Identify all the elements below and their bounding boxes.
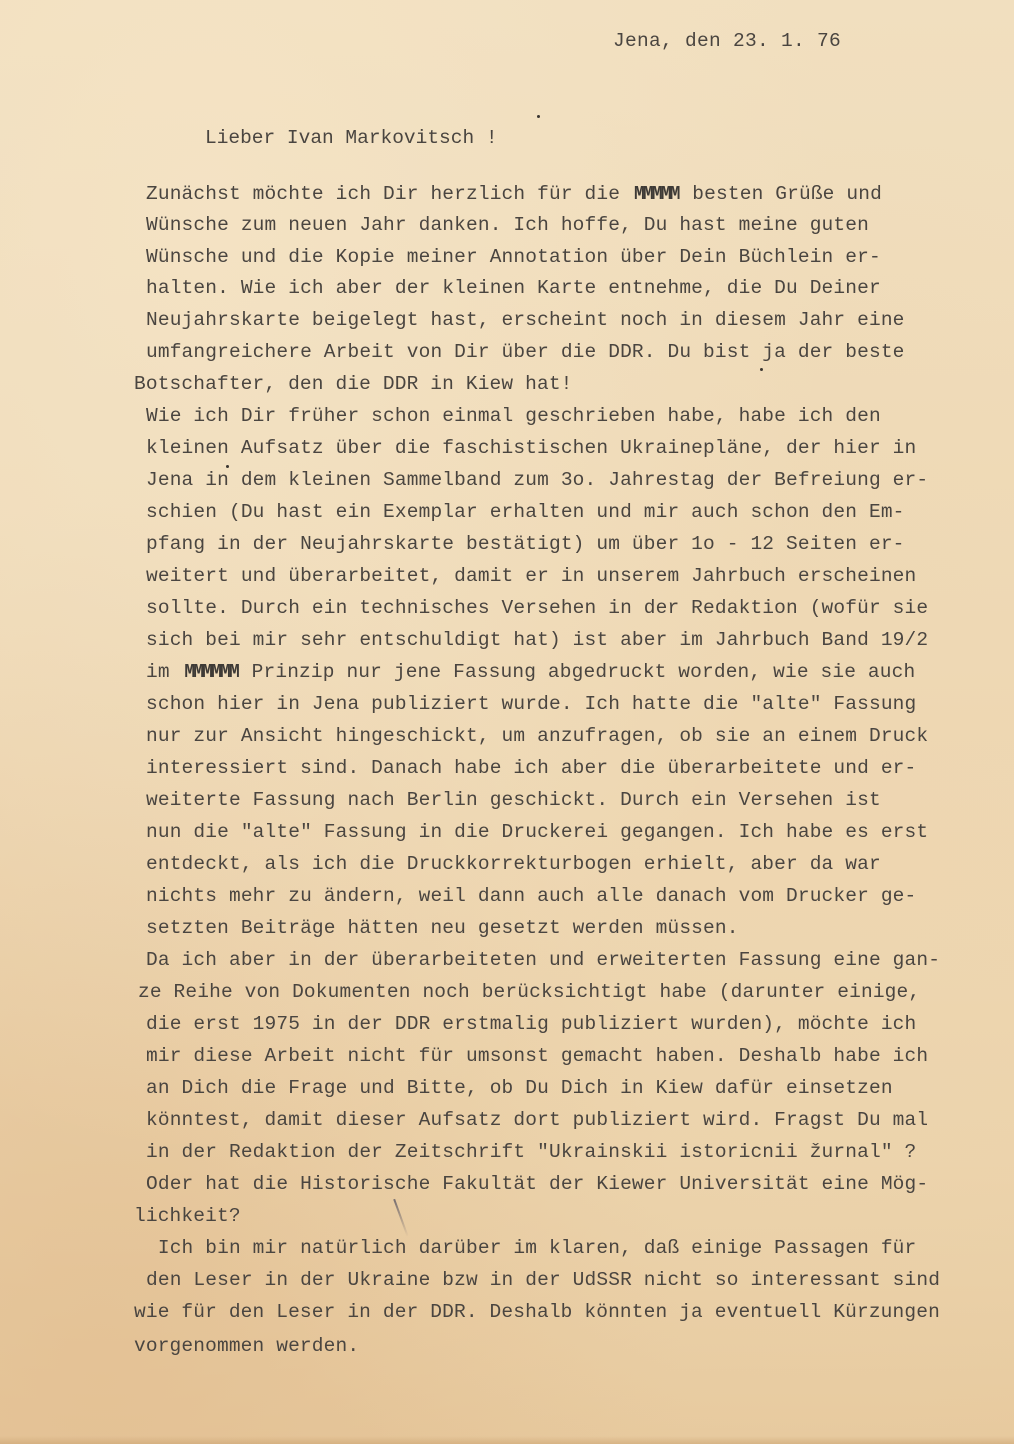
body-line-11: schien (Du hast ein Exemplar erhalten un… bbox=[146, 500, 905, 524]
body-line-15: sich bei mir sehr entschuldigt hat) ist … bbox=[146, 628, 928, 652]
body-line-25: Da ich aber in der überarbeiteten und er… bbox=[146, 948, 940, 972]
line-text: Zunächst möchte ich Dir herzlich für die bbox=[146, 183, 632, 205]
body-line-23: nichts mehr zu ändern, weil dann auch al… bbox=[146, 884, 916, 908]
body-line-8: Wie ich Dir früher schon einmal geschrie… bbox=[146, 404, 881, 428]
body-line-31: in der Redaktion der Zeitschrift "Ukrain… bbox=[146, 1140, 916, 1164]
body-line-20: weiterte Fassung nach Berlin geschickt. … bbox=[146, 788, 881, 812]
line-text: besten Grüße und bbox=[680, 183, 881, 205]
body-line-32: Oder hat die Historische Fakultät der Ki… bbox=[146, 1172, 928, 1196]
body-line-1: Zunächst möchte ich Dir herzlich für die… bbox=[146, 182, 882, 206]
body-line-22: entdeckt, als ich die Druckkorrekturboge… bbox=[146, 852, 881, 876]
body-line-33: lichkeit? bbox=[134, 1204, 241, 1228]
body-line-36: wie für den Leser in der DDR. Deshalb kö… bbox=[134, 1300, 940, 1324]
ink-speck bbox=[760, 368, 763, 371]
body-line-24: setzten Beiträge hätten neu gesetzt werd… bbox=[146, 916, 739, 940]
body-line-9: kleinen Aufsatz über die faschistischen … bbox=[146, 436, 916, 460]
body-line-5: Neujahrskarte beigelegt hast, erscheint … bbox=[146, 308, 905, 332]
paper-edge bbox=[0, 1436, 1014, 1444]
overstruck-word: MMMMMM bbox=[184, 660, 238, 684]
body-line-28: mir diese Arbeit nicht für umsonst gemac… bbox=[146, 1044, 928, 1068]
ink-speck bbox=[226, 465, 229, 468]
body-line-6: umfangreichere Arbeit von Dir über die D… bbox=[146, 340, 905, 364]
body-line-35: den Leser in der Ukraine bzw in der UdSS… bbox=[146, 1268, 940, 1292]
ink-speck bbox=[537, 115, 540, 118]
overstruck-word: MMMMM bbox=[634, 182, 679, 206]
body-line-18: nur zur Ansicht hingeschickt, um anzufra… bbox=[146, 724, 928, 748]
body-line-21: nun die "alte" Fassung in die Druckerei … bbox=[146, 820, 928, 844]
body-line-29: an Dich die Frage und Bitte, ob Du Dich … bbox=[146, 1076, 893, 1100]
body-line-30: könntest, damit dieser Aufsatz dort publ… bbox=[146, 1108, 928, 1132]
body-line-10: Jena in dem kleinen Sammelband zum 3o. J… bbox=[146, 468, 928, 492]
body-line-13: weitert und überarbeitet, damit er in un… bbox=[146, 564, 916, 588]
body-line-7: Botschafter, den die DDR in Kiew hat! bbox=[134, 372, 573, 396]
body-line-19: interessiert sind. Danach habe ich aber … bbox=[146, 756, 916, 780]
letter-page: Jena, den 23. 1. 76 Lieber Ivan Markovit… bbox=[0, 0, 1014, 1444]
letter-body: Zunächst möchte ich Dir herzlich für die… bbox=[0, 0, 1014, 1444]
body-line-26: ze Reihe von Dokumenten noch berücksicht… bbox=[138, 980, 920, 1004]
body-line-27: die erst 1975 in der DDR erstmalig publi… bbox=[146, 1012, 916, 1036]
body-line-12: pfang in der Neujahrskarte bestätigt) um… bbox=[146, 532, 905, 556]
body-line-14: sollte. Durch ein technisches Versehen i… bbox=[146, 596, 928, 620]
line-text: im bbox=[146, 661, 182, 683]
line-text: Prinzip nur jene Fassung abgedruckt word… bbox=[240, 661, 916, 683]
body-line-17: schon hier in Jena publiziert wurde. Ich… bbox=[146, 692, 916, 716]
body-line-2: Wünsche zum neuen Jahr danken. Ich hoffe… bbox=[146, 213, 869, 237]
body-line-3: Wünsche und die Kopie meiner Annotation … bbox=[146, 245, 881, 269]
body-line-37: vorgenommen werden. bbox=[134, 1334, 359, 1358]
body-line-16: im MMMMMM Prinzip nur jene Fassung abged… bbox=[146, 660, 915, 684]
body-line-4: halten. Wie ich aber der kleinen Karte e… bbox=[146, 276, 881, 300]
body-line-34: Ich bin mir natürlich darüber im klaren,… bbox=[146, 1236, 916, 1260]
